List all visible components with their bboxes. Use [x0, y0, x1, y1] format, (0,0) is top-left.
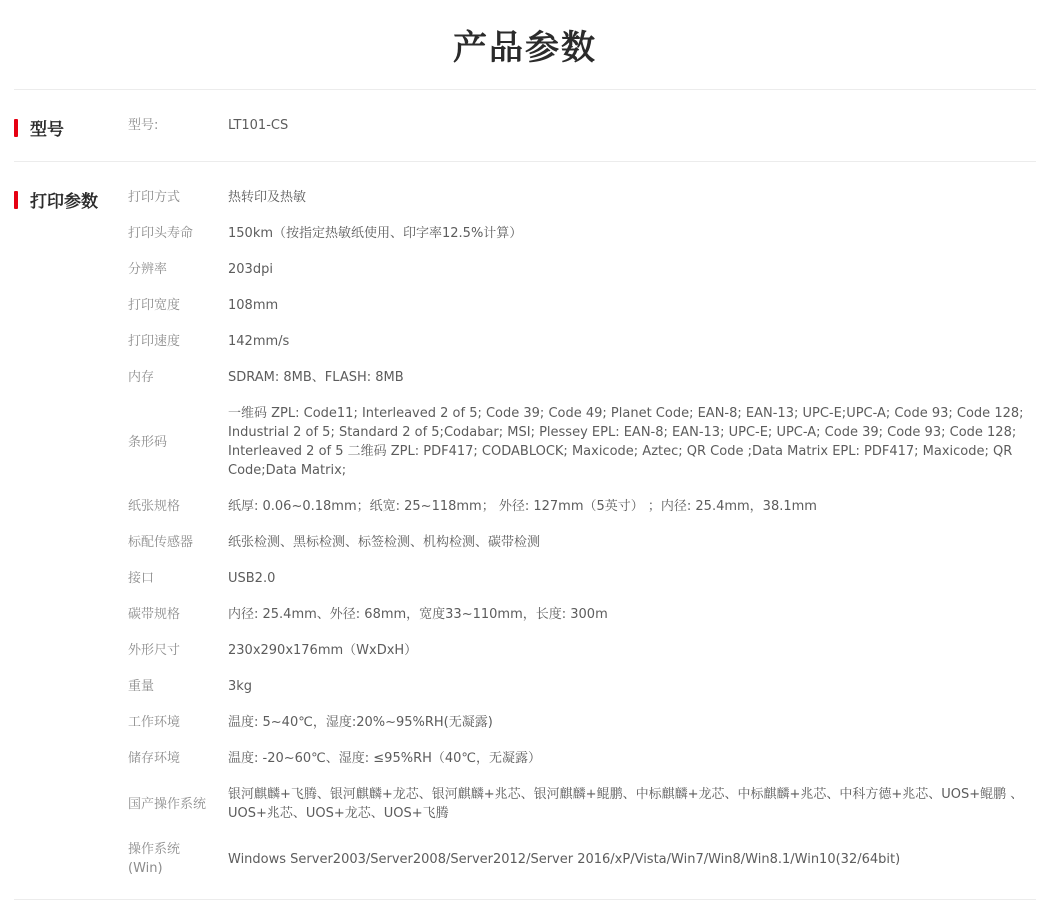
spec-row: 纸张规格纸厚: 0.06~0.18mm；纸宽: 25~118mm； 外径: 12…	[128, 497, 1036, 516]
spec-value: USB2.0	[228, 569, 1036, 588]
spec-row: 重量3kg	[128, 677, 1036, 696]
spec-rows: 型号:LT101-CS	[128, 115, 1036, 140]
spec-label: 纸张规格	[128, 497, 228, 516]
spec-label: 工作环境	[128, 713, 228, 732]
spec-row: 打印头寿命150km（按指定热敏纸使用、印字率12.5%计算）	[128, 224, 1036, 243]
section-title: 型号	[30, 115, 64, 140]
spec-row: 打印方式热转印及热敏	[128, 188, 1036, 207]
spec-row: 打印速度142mm/s	[128, 332, 1036, 351]
spec-label: 接口	[128, 569, 228, 588]
spec-row: 条形码一维码 ZPL: Code11; Interleaved 2 of 5; …	[128, 404, 1036, 480]
spec-label: 打印速度	[128, 332, 228, 351]
spec-label: 碳带规格	[128, 605, 228, 624]
spec-label: 储存环境	[128, 749, 228, 768]
spec-rows: 打印方式热转印及热敏打印头寿命150km（按指定热敏纸使用、印字率12.5%计算…	[128, 187, 1036, 878]
section-heading: 型号	[14, 115, 128, 140]
spec-row: 操作系统 (Win)Windows Server2003/Server2008/…	[128, 840, 1036, 878]
spec-value: 150km（按指定热敏纸使用、印字率12.5%计算）	[228, 224, 1036, 243]
page-header: 产品参数	[0, 0, 1050, 89]
section-title: 打印参数	[30, 187, 98, 212]
spec-value: 温度: -20~60℃、湿度: ≤95%RH（40℃，无凝露）	[228, 749, 1036, 768]
section-side: 型号	[14, 115, 128, 140]
spec-value: 3kg	[228, 677, 1036, 696]
spec-label: 国产操作系统	[128, 795, 228, 814]
spec-value: Windows Server2003/Server2008/Server2012…	[228, 850, 1036, 869]
section-side: 打印参数	[14, 187, 128, 878]
spec-row: 打印宽度108mm	[128, 296, 1036, 315]
page-title: 产品参数	[0, 20, 1050, 69]
spec-label: 条形码	[128, 433, 228, 452]
spec-value: 热转印及热敏	[228, 188, 1036, 207]
spec-label: 型号:	[128, 116, 228, 135]
spec-value: 108mm	[228, 296, 1036, 315]
spec-label: 打印方式	[128, 188, 228, 207]
spec-value: 温度: 5~40℃，湿度:20%~95%RH(无凝露)	[228, 713, 1036, 732]
spec-section-1: 打印参数打印方式热转印及热敏打印头寿命150km（按指定热敏纸使用、印字率12.…	[0, 162, 1050, 899]
spec-value: 230x290x176mm（WxDxH）	[228, 641, 1036, 660]
spec-value: 纸张检测、黑标检测、标签检测、机构检测、碳带检测	[228, 533, 1036, 552]
spec-value: 银河麒麟+飞腾、银河麒麟+龙芯、银河麒麟+兆芯、银河麒麟+鲲鹏、中标麒麟+龙芯、…	[228, 785, 1036, 823]
spec-value: 内径: 25.4mm、外径: 68mm，宽度33~110mm，长度: 300m	[228, 605, 1036, 624]
spec-row: 内存SDRAM: 8MB、FLASH: 8MB	[128, 368, 1036, 387]
spec-label: 打印头寿命	[128, 224, 228, 243]
spec-value: 纸厚: 0.06~0.18mm；纸宽: 25~118mm； 外径: 127mm（…	[228, 497, 1036, 516]
spec-sections: 型号型号:LT101-CS打印参数打印方式热转印及热敏打印头寿命150km（按指…	[0, 90, 1050, 900]
spec-row: 工作环境温度: 5~40℃，湿度:20%~95%RH(无凝露)	[128, 713, 1036, 732]
spec-value: SDRAM: 8MB、FLASH: 8MB	[228, 368, 1036, 387]
spec-row: 国产操作系统银河麒麟+飞腾、银河麒麟+龙芯、银河麒麟+兆芯、银河麒麟+鲲鹏、中标…	[128, 785, 1036, 823]
spec-value: 203dpi	[228, 260, 1036, 279]
spec-value: LT101-CS	[228, 116, 1036, 135]
spec-row: 接口USB2.0	[128, 569, 1036, 588]
spec-row: 碳带规格内径: 25.4mm、外径: 68mm，宽度33~110mm，长度: 3…	[128, 605, 1036, 624]
spec-value: 142mm/s	[228, 332, 1036, 351]
section-accent-bar	[14, 191, 18, 209]
spec-label: 操作系统 (Win)	[128, 840, 228, 878]
spec-label: 外形尺寸	[128, 641, 228, 660]
spec-section-0: 型号型号:LT101-CS	[0, 90, 1050, 161]
spec-row: 储存环境温度: -20~60℃、湿度: ≤95%RH（40℃，无凝露）	[128, 749, 1036, 768]
spec-row: 外形尺寸230x290x176mm（WxDxH）	[128, 641, 1036, 660]
spec-row: 分辨率203dpi	[128, 260, 1036, 279]
section-accent-bar	[14, 119, 18, 137]
spec-row: 型号:LT101-CS	[128, 116, 1036, 135]
spec-value: 一维码 ZPL: Code11; Interleaved 2 of 5; Cod…	[228, 404, 1036, 480]
spec-row: 标配传感器纸张检测、黑标检测、标签检测、机构检测、碳带检测	[128, 533, 1036, 552]
spec-label: 打印宽度	[128, 296, 228, 315]
spec-label: 分辨率	[128, 260, 228, 279]
section-heading: 打印参数	[14, 187, 128, 212]
spec-label: 内存	[128, 368, 228, 387]
spec-label: 重量	[128, 677, 228, 696]
spec-label: 标配传感器	[128, 533, 228, 552]
product-parameters-page: 产品参数 型号型号:LT101-CS打印参数打印方式热转印及热敏打印头寿命150…	[0, 0, 1050, 900]
